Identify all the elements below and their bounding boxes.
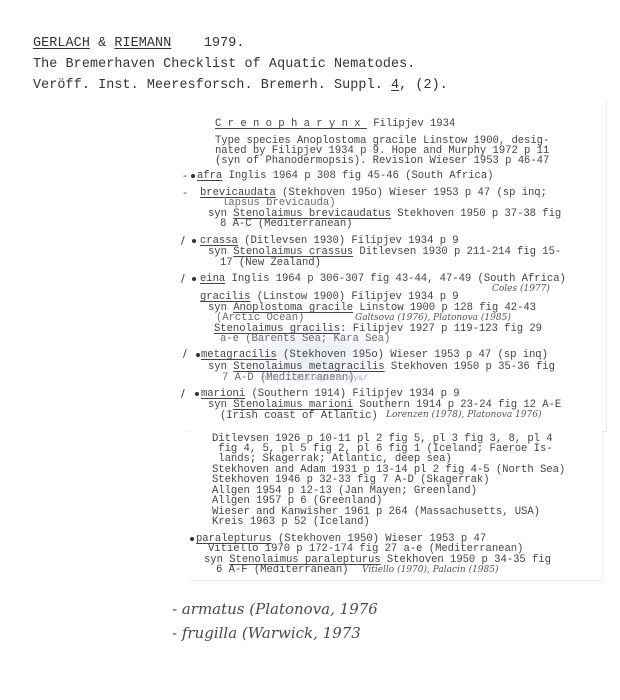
bullet-dot — [196, 353, 200, 357]
synonym-citation-cont: (Irish coast of Atlantic) — [220, 410, 378, 422]
bullet-dot — [192, 277, 196, 281]
genus-author: Filipjev 1934 — [373, 118, 455, 130]
synonym-citation: Stekhoven 1950 p 35-36 fig — [385, 361, 555, 373]
species-name: eina — [200, 273, 225, 285]
synonym-citation-cont: a-e (Barents Sea; Kara Sea) — [220, 333, 390, 345]
species-citation: Inglis 1964 p 308 fig 45-46 (South Afric… — [222, 170, 493, 182]
watermark-url: http://(illegible)mys/ — [262, 374, 368, 383]
margin-dash-mark: - — [183, 169, 187, 182]
species-entry-metagracilis: metagracilis (Stekhoven 195o) Wieser 195… — [201, 349, 548, 361]
bullet-dot — [190, 537, 194, 541]
genus-heading: Crenopharynx Filipjev 1934 — [215, 118, 455, 130]
ampersand: & — [98, 36, 106, 51]
citation-authors-line: GERLACH & RIEMANN 1979. — [33, 36, 245, 51]
synonym-citation: Stekhoven 1950 p 37-38 fig — [391, 208, 561, 220]
author-2: RIEMANN — [114, 36, 171, 51]
reference-line: Kreis 1963 p 52 (Iceland) — [212, 516, 370, 528]
journal-line: Veröff. Inst. Meeresforsch. Bremerh. Sup… — [33, 78, 448, 93]
handwritten-note: Lorenzen (1978), Platonova 1976) — [386, 410, 541, 420]
synonym-citation: Ditlevsen 1930 p 211-214 fig 15- — [353, 246, 561, 258]
species-name: metagracilis — [201, 349, 277, 361]
synonym-citation-cont: 6 A-F (Mediterranean) — [216, 564, 348, 576]
margin-check-mark: / — [183, 347, 187, 360]
journal-name: Veröff. Inst. Meeresforsch. Bremerh. Sup… — [33, 78, 383, 93]
genus-name: Crenopharynx — [215, 118, 367, 130]
margin-check-mark: / — [181, 387, 185, 400]
handwritten-addition: - frugilla (Warwick, 1973 — [172, 624, 361, 642]
author-1: GERLACH — [33, 36, 90, 51]
species-citation: (Stekhoven 195o) Wieser 1953 p 47 (sp in… — [277, 349, 548, 361]
species-name: afra — [197, 170, 222, 182]
margin-check-mark: / — [181, 234, 185, 247]
handwritten-note: Vitiello (1970), Palacin (1985) — [362, 565, 499, 575]
handwritten-note: Coles (1977) — [492, 284, 550, 294]
handwritten-addition: - armatus (Platonova, 1976 — [172, 600, 378, 618]
species-entry-afra: afra Inglis 1964 p 308 fig 45-46 (South … — [197, 170, 493, 182]
margin-dash-mark: - — [183, 186, 187, 199]
bullet-dot — [192, 239, 196, 243]
publication-title: The Bremerhaven Checklist of Aquatic Nem… — [33, 57, 415, 72]
synonym-citation-cont: 17 (New Zealand) — [220, 257, 321, 269]
issue: , (2). — [399, 78, 448, 93]
synonym-citation-cont: 8 A-C (Mediterranean) — [220, 218, 352, 230]
margin-check-mark: / — [181, 272, 185, 285]
bullet-dot — [195, 392, 199, 396]
handwritten-note: Galtsova (1976), Platonova (1985) — [355, 313, 511, 323]
publication-year: 1979. — [204, 36, 245, 51]
bullet-dot — [191, 174, 195, 178]
volume: 4 — [391, 78, 399, 93]
type-note-line: (syn of Phanodermopsis). Revision Wieser… — [215, 155, 549, 167]
